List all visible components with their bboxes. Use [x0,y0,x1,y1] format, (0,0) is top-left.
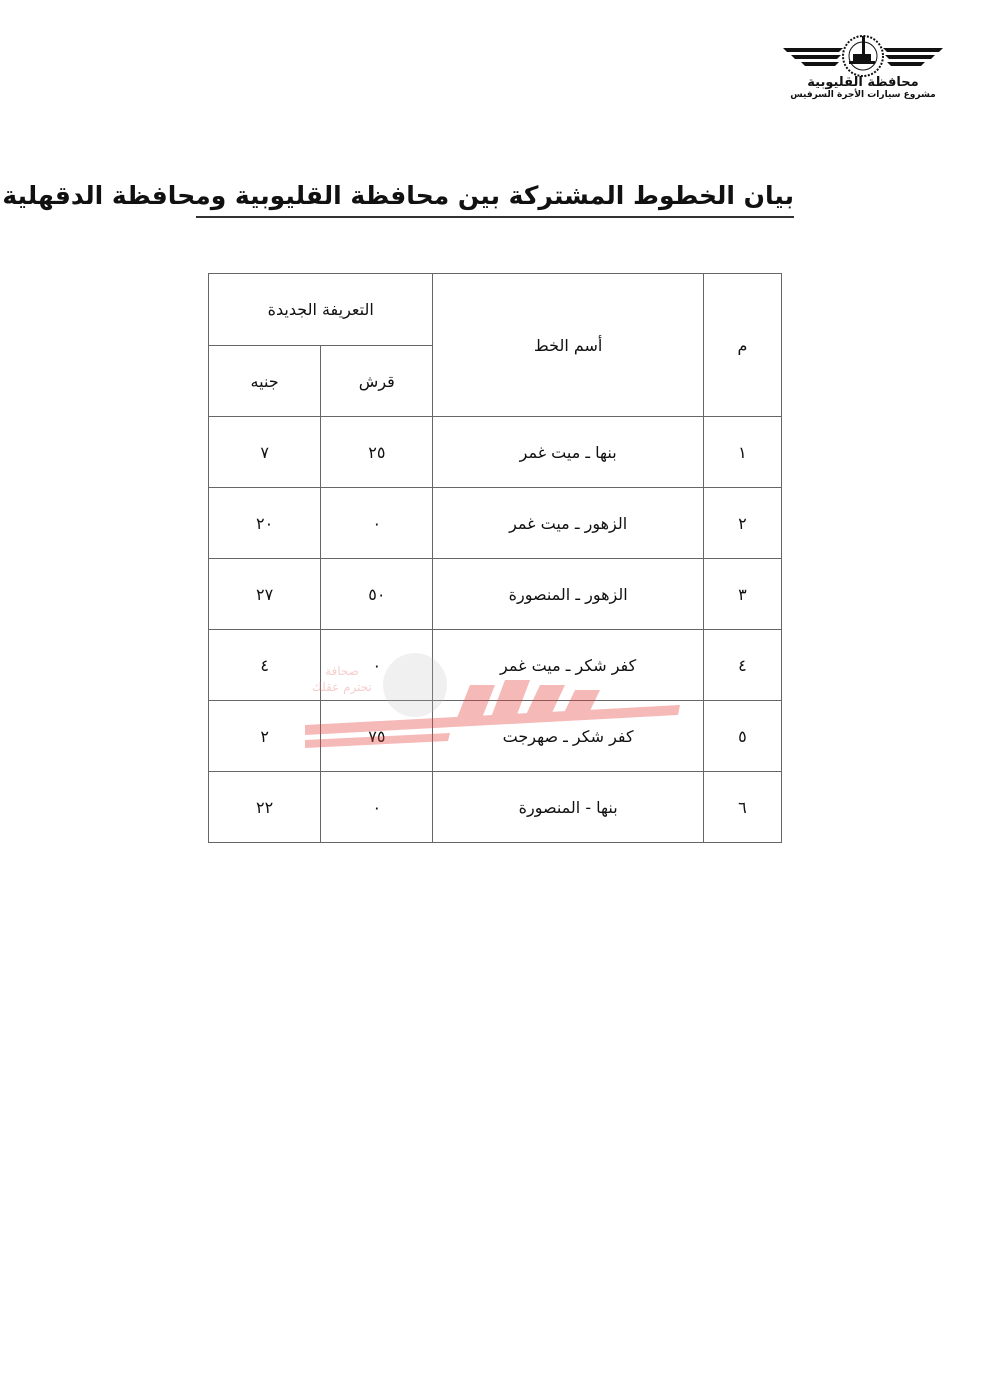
route-name: كفر شكر ـ ميت غمر [433,630,703,701]
routes-fare-table: م أسم الخط التعريفة الجديدة قرش جنيه ١ ب… [208,273,782,843]
fare-pound: ٤ [209,630,321,701]
header-new-fare: التعريفة الجديدة [209,274,433,346]
fare-pound: ٢ [209,701,321,772]
logo-project-name: مشروع سيارات الأجرة السرفيس [768,90,958,101]
table-row: ٥ كفر شكر ـ صهرجت ٧٥ ٢ [209,701,782,772]
fare-qirsh: ٠ [321,488,433,559]
fare-qirsh: ٠ [321,772,433,843]
governorate-logo: محافظة القليوبية مشروع سيارات الأجرة الس… [768,34,958,106]
route-name: بنها ـ ميت غمر [433,417,703,488]
fare-qirsh: ٥٠ [321,559,433,630]
fare-pound: ٧ [209,417,321,488]
wings-emblem-icon [773,34,953,78]
fare-pound: ٢٢ [209,772,321,843]
table-row: ٤ كفر شكر ـ ميت غمر ٠ ٤ [209,630,782,701]
route-name: الزهور ـ ميت غمر [433,488,703,559]
fare-qirsh: ٢٥ [321,417,433,488]
row-number: ٦ [703,772,781,843]
row-number: ٣ [703,559,781,630]
header-pound: جنيه [209,346,321,417]
route-name: بنها - المنصورة [433,772,703,843]
fare-qirsh: ٧٥ [321,701,433,772]
page-title: بيان الخطوط المشتركة بين محافظة القليوبي… [196,178,794,218]
row-number: ٤ [703,630,781,701]
table-row: ٦ بنها - المنصورة ٠ ٢٢ [209,772,782,843]
table-row: ١ بنها ـ ميت غمر ٢٥ ٧ [209,417,782,488]
fare-pound: ٢٠ [209,488,321,559]
logo-governorate-name: محافظة القليوبية [768,76,958,90]
table-header-row: م أسم الخط التعريفة الجديدة [209,274,782,346]
route-name: الزهور ـ المنصورة [433,559,703,630]
fare-qirsh: ٠ [321,630,433,701]
table-row: ٢ الزهور ـ ميت غمر ٠ ٢٠ [209,488,782,559]
row-number: ١ [703,417,781,488]
header-route-name: أسم الخط [433,274,703,417]
table-row: ٣ الزهور ـ المنصورة ٥٠ ٢٧ [209,559,782,630]
fare-pound: ٢٧ [209,559,321,630]
row-number: ٥ [703,701,781,772]
route-name: كفر شكر ـ صهرجت [433,701,703,772]
header-number: م [703,274,781,417]
header-qirsh: قرش [321,346,433,417]
row-number: ٢ [703,488,781,559]
